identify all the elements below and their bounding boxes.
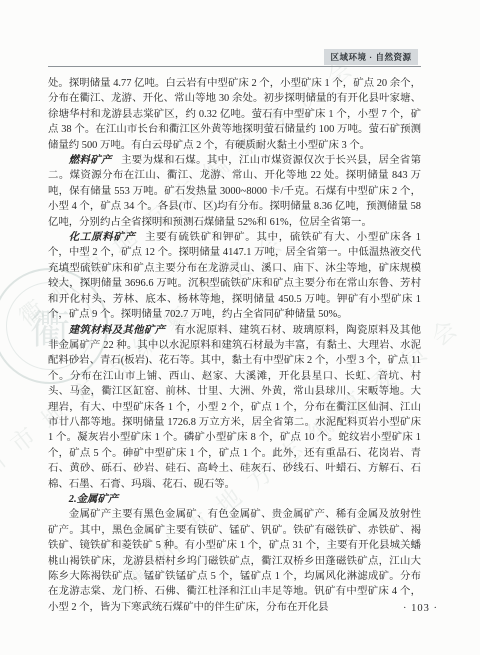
paragraph-text: 主要有硫铁矿和钾矿。其中，硫铁矿有大、小型矿床各 1 个，中型 2 个，矿点 1… (48, 232, 421, 320)
document-page: 衢州市地方志编纂委员会 衢州市地方志编纂委员会 衢州市地方志编纂委员会 衢 区域… (0, 0, 480, 655)
page-body-text: 处。探明储量 4.77 亿吨。白云岩有中型矿床 2 个，小型矿床 1 个，矿点 … (48, 76, 421, 615)
paragraph-text: 处。探明储量 4.77 亿吨。白云岩有中型矿床 2 个，小型矿床 1 个，矿点 … (48, 78, 421, 151)
paragraph-continuation: 处。探明储量 4.77 亿吨。白云岩有中型矿床 2 个，小型矿床 1 个，矿点 … (48, 76, 421, 153)
paragraph-fuel-minerals: 燃料矿产主要为煤和石煤。其中，江山市煤资源仅次于长兴县，居全省第二。煤资源分布在… (48, 153, 421, 230)
header-divider-rule (48, 66, 421, 67)
paragraph-metal-minerals: 金属矿产主要有黑色金属矿、有色金属矿、贵金属矿产、稀有金属及放射性矿产。其中，黑… (48, 507, 421, 615)
paragraph-text: 金属矿产主要有黑色金属矿、有色金属矿、贵金属矿产、稀有金属及放射性矿产。其中，黑… (48, 509, 421, 612)
paragraph-chemical-minerals: 化工原料矿产主要有硫铁矿和钾矿。其中，硫铁矿有大、小型矿床各 1 个，中型 2 … (48, 230, 421, 322)
paragraph-lead: 建筑材料及其他矿产 (69, 325, 166, 336)
paragraph-lead: 燃料矿产 (69, 155, 112, 166)
running-header-label: 区域环境 · 自然资源 (324, 49, 418, 65)
page-number: · 103 · (48, 603, 438, 614)
paragraph-text: 有水泥原料、建筑石材、玻璃原料，陶瓷原料及其他非金属矿产 22 种。其中以水泥原… (48, 325, 421, 490)
section-heading-metal-minerals: 2.金属矿产 (48, 492, 421, 507)
paragraph-building-materials: 建筑材料及其他矿产有水泥原料、建筑石材、玻璃原料，陶瓷原料及其他非金属矿产 22… (48, 323, 421, 492)
paragraph-lead: 化工原料矿产 (69, 232, 136, 243)
